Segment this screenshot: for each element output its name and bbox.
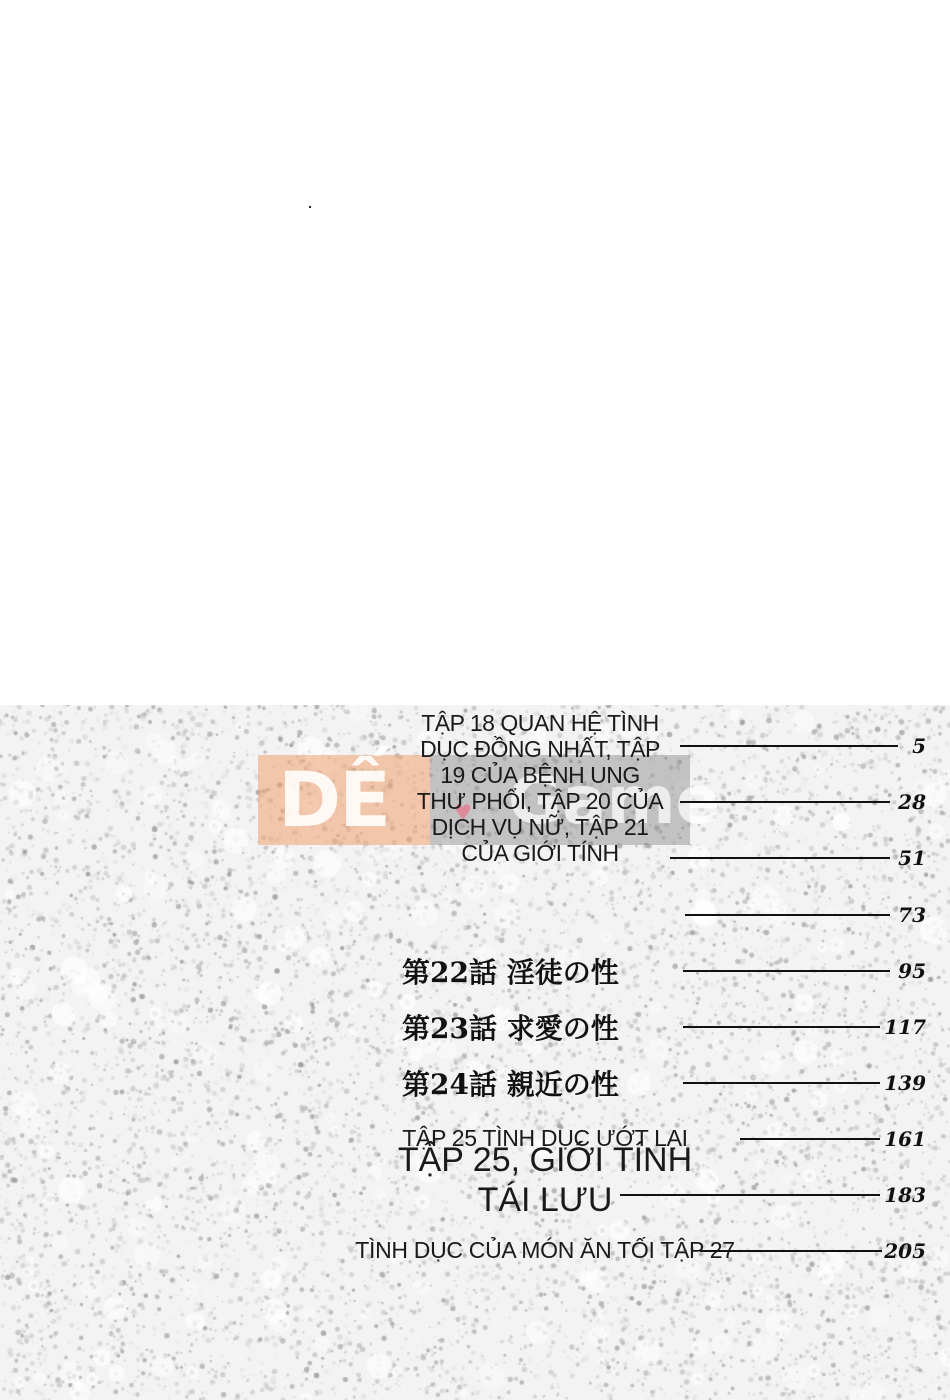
page-number: 5 [912, 736, 926, 756]
watermark-left-text: DẾ [278, 757, 389, 843]
page-number: 117 [884, 1017, 926, 1037]
toc-entry-22-title: 第22話 淫徒の性 [402, 955, 619, 991]
title-line: TÁI LƯU [360, 1180, 730, 1220]
page-number: 161 [884, 1129, 926, 1149]
leader-line [700, 1250, 882, 1252]
title-line: TẬP 18 QUAN HỆ TÌNH [380, 710, 700, 736]
page-number: 183 [884, 1185, 926, 1205]
leader-line [670, 857, 890, 859]
leader-line [683, 970, 890, 972]
title-line: DỊCH VỤ NỮ, TẬP 21 [380, 814, 700, 840]
page-number: 205 [884, 1241, 926, 1261]
page-number: 51 [898, 848, 926, 868]
book-page: DẾ ♥ Game TẬP 18 QUAN HỆ TÌNH DỤC ĐỒNG N… [0, 0, 950, 1400]
toc-entry-24-title: 第24話 親近の性 [402, 1067, 619, 1103]
title-line: THƯ PHỔI, TẬP 20 CỦA [380, 788, 700, 814]
page-number: 28 [898, 792, 926, 812]
leader-line [620, 1194, 880, 1196]
toc-entry-1-title: TẬP 18 QUAN HỆ TÌNH DỤC ĐỒNG NHẤT, TẬP 1… [380, 710, 700, 866]
dust-speck [309, 206, 311, 208]
page-number: 95 [898, 961, 926, 981]
toc-entry-25b-title: TẬP 25, GIỚI TÍNH TÁI LƯU [360, 1140, 730, 1220]
title-line: CỦA GIỚI TÍNH [380, 840, 700, 866]
page-number: 139 [884, 1073, 926, 1093]
leader-line [683, 1026, 880, 1028]
title-line: DỤC ĐỒNG NHẤT, TẬP [380, 736, 700, 762]
page-number: 73 [898, 905, 926, 925]
leader-line [740, 1138, 880, 1140]
leader-line [680, 745, 898, 747]
toc-entry-23-title: 第23話 求愛の性 [402, 1011, 619, 1047]
title-line: 19 CỦA BỆNH UNG [380, 762, 700, 788]
title-line: TẬP 25, GIỚI TÍNH [360, 1140, 730, 1180]
leader-line [680, 801, 890, 803]
leader-line [685, 914, 890, 916]
leader-line [683, 1082, 880, 1084]
